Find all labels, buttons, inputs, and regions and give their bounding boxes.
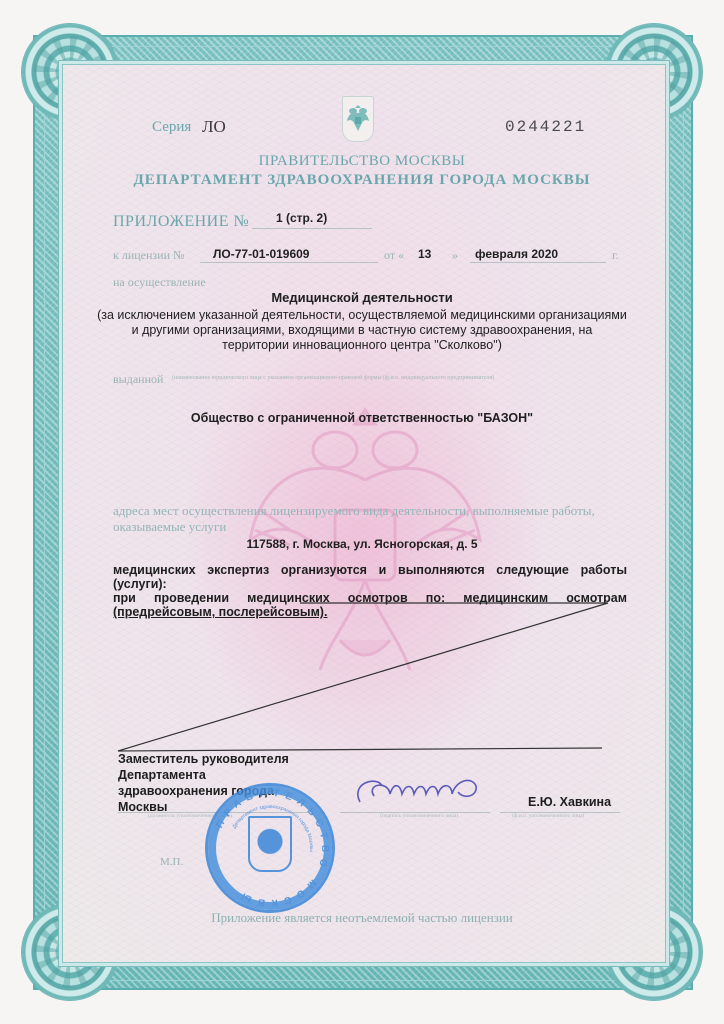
svg-text:Департамент здравоохранения го: Департамент здравоохранения города Москв… (231, 804, 314, 852)
license-appendix-page: Серия ЛО 0244221 ПРАВИТЕЛЬСТВО МОСКВЫ ДЕ… (0, 0, 724, 1024)
position-line: Заместитель руководителя (118, 751, 289, 767)
blank-space-strike-lines (0, 0, 724, 1024)
handwritten-signature-icon (348, 772, 508, 812)
official-seal-stamp: ПРАВИТЕЛЬСТВО МОСКВЫ Департамент здравоо… (205, 783, 335, 913)
stamp-inner-text: Департамент здравоохранения города Москв… (231, 804, 314, 852)
signatory-name: Е.Ю. Хавкина (528, 795, 611, 809)
signature-hint: (подпись уполномоченного лица) (380, 813, 458, 819)
position-line: Департамента (118, 767, 289, 783)
seal-place-label: М.П. (160, 856, 183, 868)
name-hint: (ф.и.о. уполномоченного лица) (512, 813, 584, 819)
footer-note: Приложение является неотъемлемой частью … (0, 910, 724, 926)
